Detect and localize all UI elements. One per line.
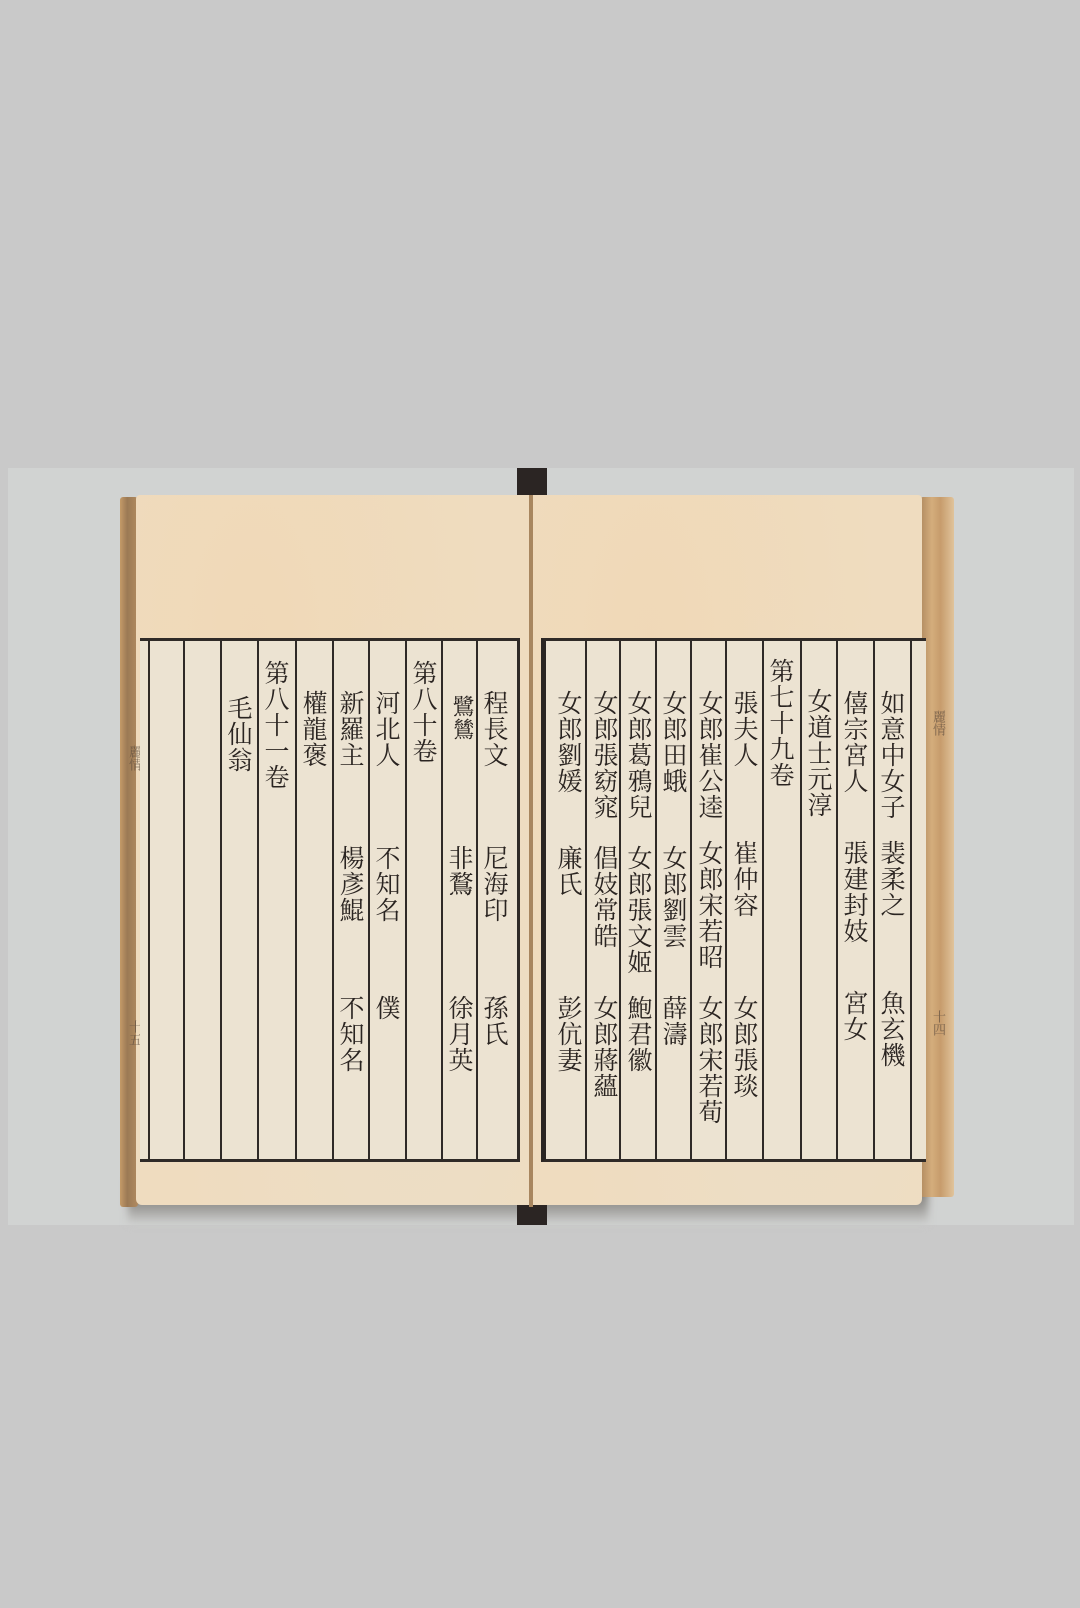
text-column: 孫氏 xyxy=(479,995,509,1047)
text-column: 女郎崔公逵 xyxy=(694,690,724,820)
text-column: 女郎張文姬 xyxy=(623,845,653,975)
chapter-heading: 第八十卷 xyxy=(408,660,438,764)
text-column: 女道士元淳 xyxy=(803,688,833,818)
right-margin-title: 麗情 xyxy=(928,710,947,736)
text-column: 女郎宋若昭 xyxy=(694,840,724,970)
text-column: 薛濤 xyxy=(658,995,688,1047)
text-column: 河北人 xyxy=(371,690,401,768)
text-column: 鷺鷥 xyxy=(446,695,476,741)
text-column: 女郎葛鴉兒 xyxy=(623,690,653,820)
text-column: 魚玄機 xyxy=(876,990,906,1068)
text-column: 僖宗宮人 xyxy=(839,690,869,794)
text-column: 女郎蔣蘊 xyxy=(589,995,619,1099)
chapter-heading: 第八十一卷 xyxy=(260,660,290,790)
column-rule xyxy=(725,638,727,1159)
column-rule xyxy=(873,638,875,1159)
text-column: 新羅主 xyxy=(335,690,365,768)
text-column: 如意中女子 xyxy=(876,690,906,820)
right-margin-page-number: 十四 xyxy=(928,1010,947,1036)
column-rule xyxy=(441,638,443,1159)
column-rule xyxy=(332,638,334,1159)
column-rule xyxy=(836,638,838,1159)
text-column: 張建封妓 xyxy=(839,840,869,944)
text-column: 毛仙翁 xyxy=(223,695,253,773)
column-rule xyxy=(619,638,621,1159)
column-rule xyxy=(762,638,764,1159)
text-column: 女郎張窈窕 xyxy=(589,690,619,820)
text-column: 徐月英 xyxy=(444,995,474,1073)
text-column: 不知名 xyxy=(371,845,401,923)
text-column: 尼海印 xyxy=(479,845,509,923)
text-column: 女郎劉雲 xyxy=(658,845,688,949)
column-rule xyxy=(585,638,587,1159)
text-column: 倡妓常皓 xyxy=(589,845,619,949)
text-column: 裴柔之 xyxy=(876,840,906,918)
text-column: 崔仲容 xyxy=(729,840,759,918)
text-column: 程長文 xyxy=(479,690,509,768)
column-rule xyxy=(405,638,407,1159)
column-rule xyxy=(655,638,657,1159)
text-column: 彭伉妻 xyxy=(553,995,583,1073)
column-rule xyxy=(690,638,692,1159)
text-column: 廉氏 xyxy=(553,845,583,897)
text-column: 張夫人 xyxy=(729,690,759,768)
column-rule xyxy=(183,638,185,1159)
column-rule xyxy=(910,638,912,1159)
text-column: 宮女 xyxy=(839,990,869,1042)
column-rule xyxy=(295,638,297,1159)
column-rule xyxy=(220,638,222,1159)
text-column: 非鶩 xyxy=(444,845,474,897)
book-gutter xyxy=(529,495,533,1207)
column-rule xyxy=(368,638,370,1159)
text-column: 僕 xyxy=(371,995,401,1021)
text-column: 女郎宋若荀 xyxy=(694,995,724,1125)
column-rule xyxy=(800,638,802,1159)
column-rule xyxy=(148,638,150,1159)
text-column: 不知名 xyxy=(335,995,365,1073)
chapter-heading: 第七十九卷 xyxy=(765,658,795,788)
column-rule xyxy=(476,638,478,1159)
text-column: 權龍褒 xyxy=(298,690,328,768)
text-column: 女郎田蛾 xyxy=(658,690,688,794)
column-rule xyxy=(257,638,259,1159)
bookmark-ribbon-top xyxy=(517,468,547,498)
text-column: 楊彥鯤 xyxy=(335,845,365,923)
text-column: 女郎劉媛 xyxy=(553,690,583,794)
text-column: 女郎張琰 xyxy=(729,995,759,1099)
text-column: 鮑君徽 xyxy=(623,995,653,1073)
